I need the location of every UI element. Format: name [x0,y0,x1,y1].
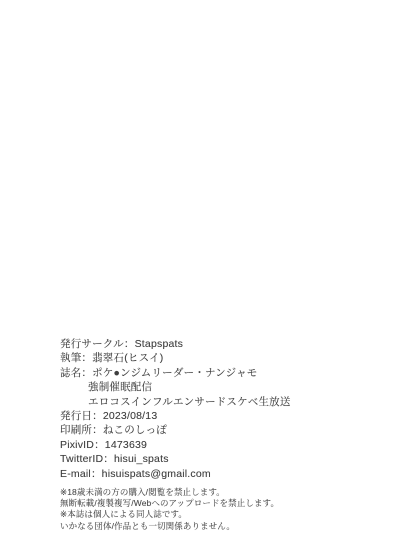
twitter-value: hisui_spats [114,453,169,465]
email-value: hisuispats@gmail.com [102,468,211,480]
author-value: 翡翠石(ヒスイ) [92,352,163,364]
separator: ： [103,453,114,465]
separator: ： [92,424,103,436]
pixiv-label: PixivID [60,439,94,451]
pixiv-value: 1473639 [105,439,147,451]
printer-label: 印刷所 [60,424,92,436]
separator: ： [81,367,92,379]
separator: ： [92,410,103,422]
email-label: E-mail [60,468,91,480]
pubdate-value: 2023/08/13 [103,410,158,422]
colophon-line-author: 執筆：翡翠石(ヒスイ) [60,351,291,365]
circle-label: 発行サークル [60,338,124,350]
colophon-title-continuation: 強制催眠配信 [88,380,291,394]
colophon-title-continuation: エロコスインフルエンサードスケベ生放送 [88,395,291,409]
circle-value: Stapspats [135,338,184,350]
author-label: 執筆 [60,352,81,364]
printer-value: ねこのしっぽ [103,424,167,436]
disclaimer-line: 無断転載/複製複写/Webへのアップロードを禁止します。 [60,498,279,509]
title-label: 誌名 [60,367,81,379]
disclaimer-line: いかなる団体/作品とも一切関係ありません。 [60,521,279,532]
pubdate-label: 発行日 [60,410,92,422]
title-value: ポケ●ンジムリーダー・ナンジャモ [92,367,257,379]
colophon-page: 発行サークル：Stapspats 執筆：翡翠石(ヒスイ) 誌名：ポケ●ンジムリー… [0,0,400,560]
separator: ： [91,468,102,480]
disclaimer-block: ※18歳未満の方の購入/閲覧を禁止します。 無断転載/複製複写/Webへのアップ… [60,487,279,532]
twitter-label: TwitterID [60,453,103,465]
separator: ： [94,439,105,451]
separator: ： [124,338,135,350]
colophon-line-twitter: TwitterID：hisui_spats [60,452,291,466]
disclaimer-line: ※18歳未満の方の購入/閲覧を禁止します。 [60,487,279,498]
colophon-line-printer: 印刷所：ねこのしっぽ [60,423,291,437]
disclaimer-line: ※本誌は個人による同人誌です。 [60,509,279,520]
colophon-line-circle: 発行サークル：Stapspats [60,337,291,351]
colophon-line-pubdate: 発行日：2023/08/13 [60,409,291,423]
colophon-line-title: 誌名：ポケ●ンジムリーダー・ナンジャモ [60,366,291,380]
colophon-line-pixiv: PixivID：1473639 [60,438,291,452]
colophon-line-email: E-mail：hisuispats@gmail.com [60,467,291,481]
colophon-block: 発行サークル：Stapspats 執筆：翡翠石(ヒスイ) 誌名：ポケ●ンジムリー… [60,337,291,481]
separator: ： [81,352,92,364]
